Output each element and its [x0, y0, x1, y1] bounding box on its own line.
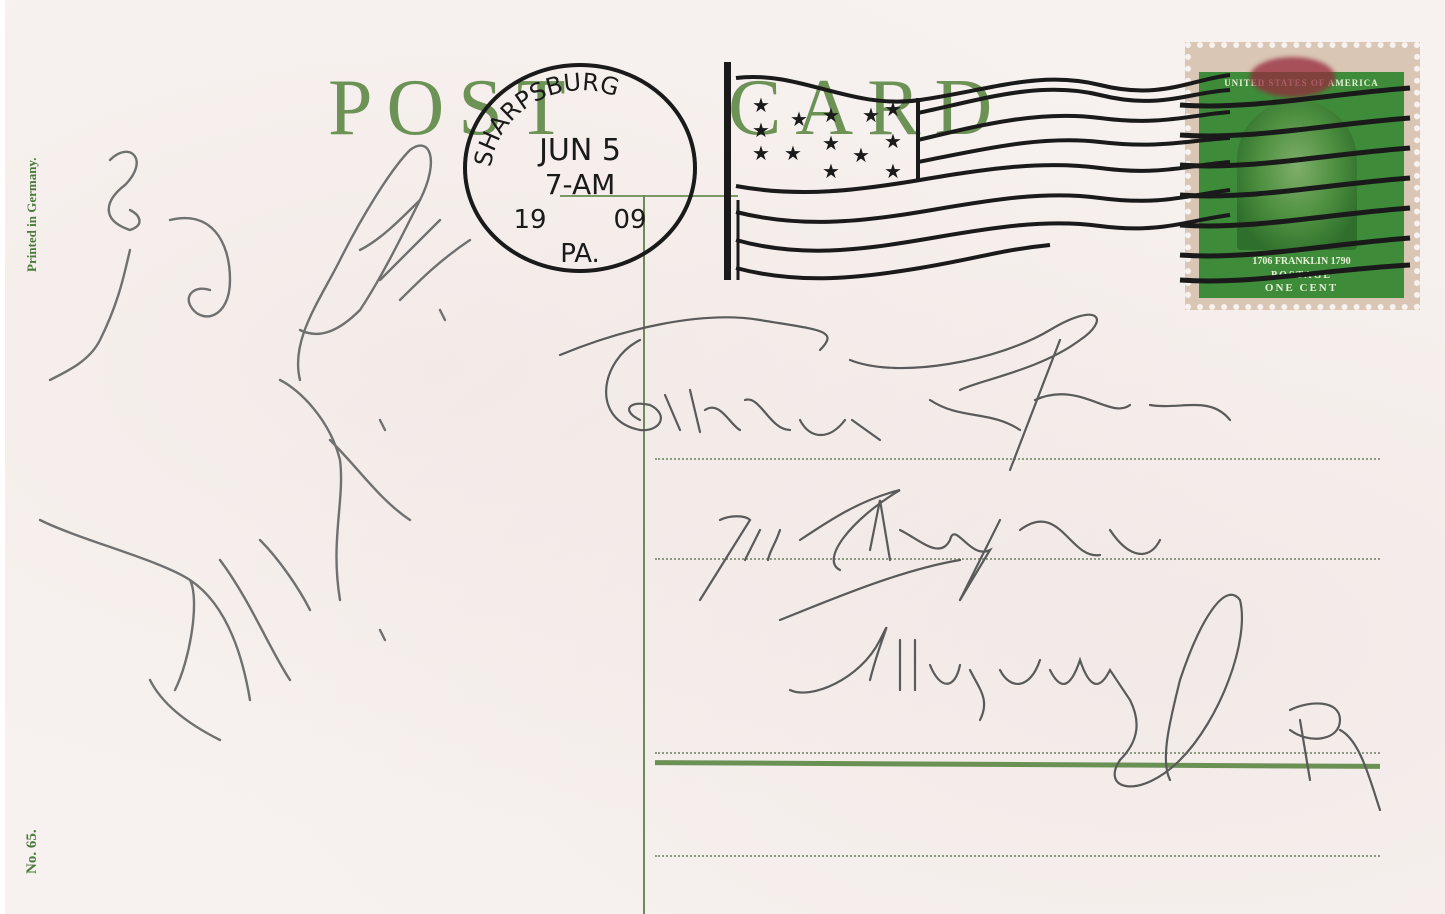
- svg-text:★: ★: [752, 141, 770, 165]
- flag-cancel-icon: ★★★★★ ★★★ ★★★★★: [724, 62, 1410, 281]
- svg-text:★: ★: [822, 131, 840, 155]
- svg-text:★: ★: [884, 159, 902, 183]
- wavy-cancel-lines: [1180, 88, 1410, 281]
- handwritten-address: [560, 315, 1380, 810]
- flag-stars: ★★★★★ ★★★ ★★★★★: [752, 93, 902, 183]
- postmark-time: 7-AM: [545, 168, 616, 201]
- postmark-state: PA.: [560, 239, 600, 269]
- svg-text:★: ★: [884, 129, 902, 153]
- svg-text:★: ★: [862, 103, 880, 127]
- postmark-date: JUN 5: [537, 133, 621, 168]
- svg-text:★: ★: [784, 141, 802, 165]
- postmark-year-right: 09: [613, 205, 646, 235]
- postmark-year-left: 19: [513, 205, 546, 235]
- postmark: SHARPSBURG JUN 5 7-AM 19 09 PA.: [465, 65, 695, 271]
- handwritten-message: [40, 146, 470, 740]
- svg-text:★: ★: [884, 97, 902, 121]
- ink-overlay: SHARPSBURG JUN 5 7-AM 19 09 PA. ★★★★★ ★★…: [0, 0, 1445, 914]
- postcard-back: POST CARD Printed in Germany. No. 65. UN…: [0, 0, 1445, 914]
- svg-text:★: ★: [822, 159, 840, 183]
- svg-text:★: ★: [752, 118, 770, 142]
- svg-text:★: ★: [790, 107, 808, 131]
- svg-text:★: ★: [852, 143, 870, 167]
- svg-text:★: ★: [822, 103, 840, 127]
- svg-text:★: ★: [752, 93, 770, 117]
